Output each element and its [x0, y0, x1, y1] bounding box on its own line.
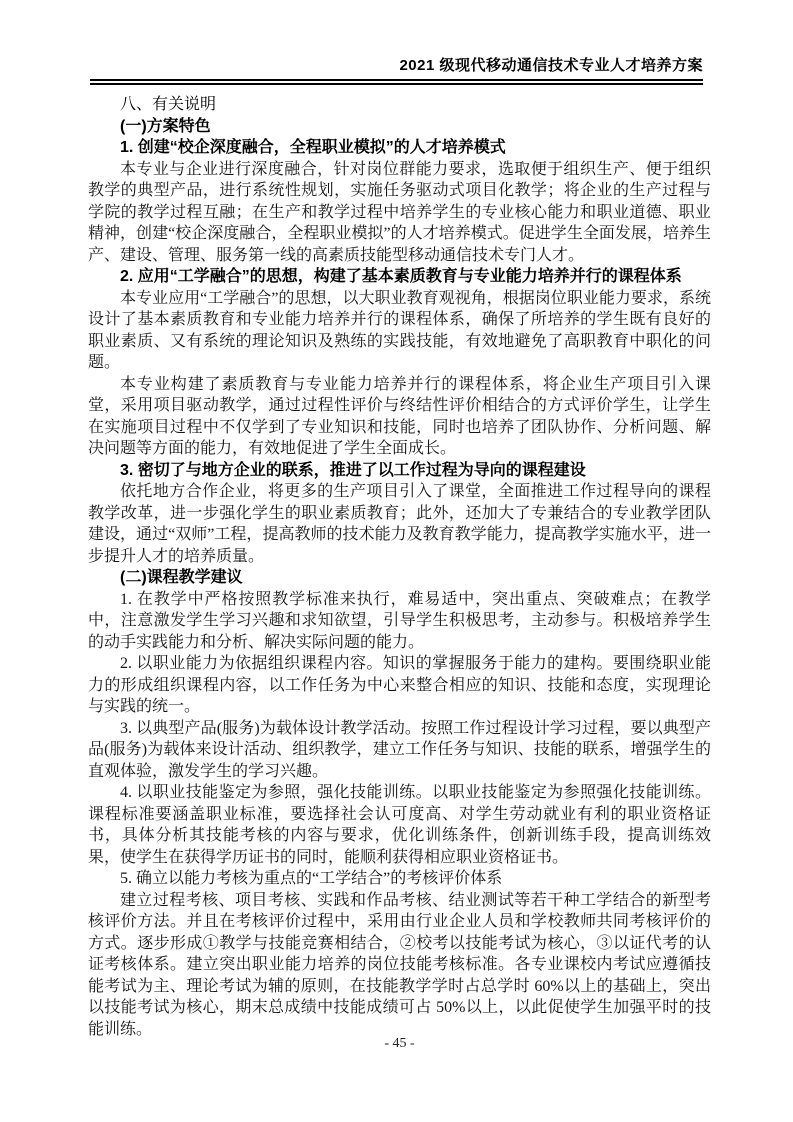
paragraph: 3. 以典型产品(服务)为载体设计教学活动。按照工作过程设计学习过程，要以典型产… — [88, 718, 711, 783]
paragraph: 2. 以职业能力为依据组织课程内容。知识的掌握服务于能力的建构。要围绕职业能力的… — [88, 653, 711, 718]
document-body: 八、有关说明 (一)方案特色 1. 创建“校企深度融合，全程职业模拟”的人才培养… — [88, 94, 711, 1040]
paragraph: 依托地方合作企业，将更多的生产项目引入了课堂，全面推进工作过程导向的课程教学改革… — [88, 481, 711, 567]
section-heading: 八、有关说明 — [88, 94, 711, 116]
paragraph: 本专业构建了素质教育与专业能力培养并行的课程体系，将企业生产项目引入课堂，采用项… — [88, 374, 711, 460]
paragraph: 本专业应用“工学融合”的思想，以大职业教育观视角，根据岗位职业能力要求，系统设计… — [88, 288, 711, 374]
page-header: 2021 级现代移动通信技术专业人才培养方案 — [0, 0, 793, 85]
paragraph: 1. 在教学中严格按照教学标准来执行，难易适中，突出重点、突破难点；在教学中，注… — [88, 589, 711, 654]
paragraph: 5. 确立以能力考核为重点的“工学结合”的考核评价体系 — [88, 868, 711, 890]
page-number: - 45 - — [88, 1036, 711, 1052]
numbered-heading: 1. 创建“校企深度融合，全程职业模拟”的人才培养模式 — [88, 137, 711, 159]
paragraph: 本专业与企业进行深度融合，针对岗位群能力要求，选取便于组织生产、便于组织教学的典… — [88, 159, 711, 267]
header-title: 2021 级现代移动通信技术专业人才培养方案 — [90, 56, 703, 76]
subsection-heading: (一)方案特色 — [88, 116, 711, 138]
numbered-heading: 2. 应用“工学融合”的思想，构建了基本素质教育与专业能力培养并行的课程体系 — [88, 266, 711, 288]
document-page: 2021 级现代移动通信技术专业人才培养方案 八、有关说明 (一)方案特色 1.… — [0, 0, 793, 1122]
paragraph: 建立过程考核、项目考核、实践和作品考核、结业测试等若干种工学结合的新型考核评价方… — [88, 890, 711, 1041]
numbered-heading: 3. 密切了与地方企业的联系，推进了以工作过程为导向的课程建设 — [88, 460, 711, 482]
header-rule — [90, 79, 703, 85]
subsection-heading: (二)课程教学建议 — [88, 567, 711, 589]
paragraph: 4. 以职业技能鉴定为参照，强化技能训练。以职业技能鉴定为参照强化技能训练。课程… — [88, 782, 711, 868]
